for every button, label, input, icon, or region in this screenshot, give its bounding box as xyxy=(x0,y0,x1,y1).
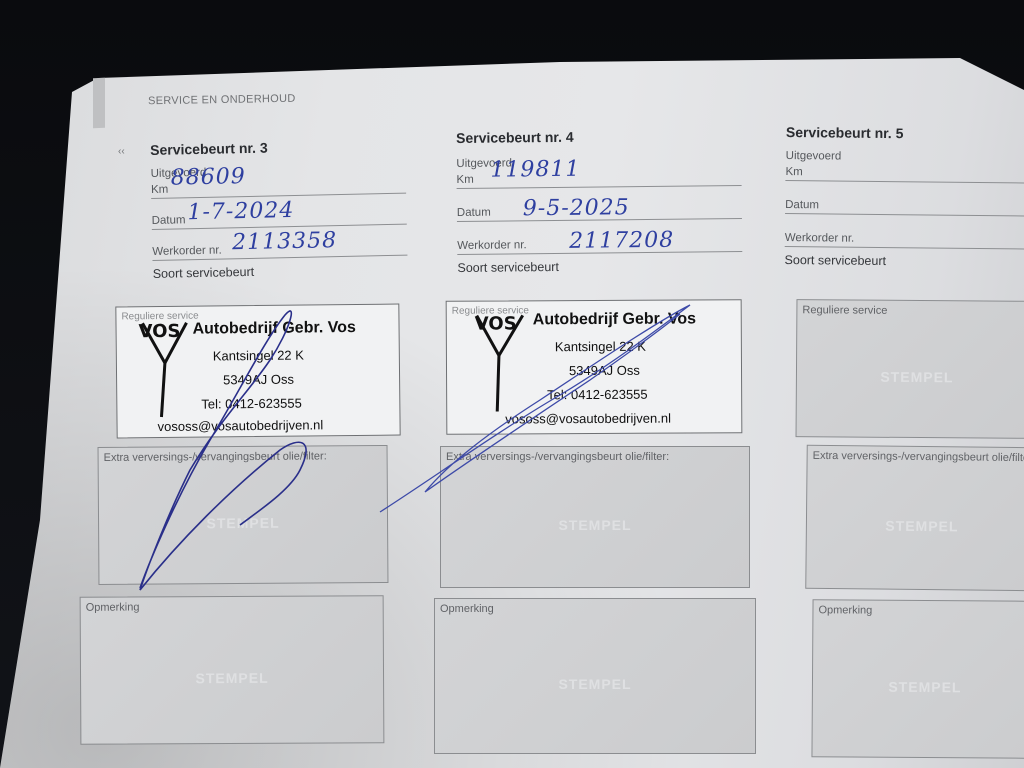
opmerking-label: Opmerking xyxy=(440,603,494,615)
servicebeurt-3: Servicebeurt nr. 3 Uitgevoerd Km 88609 D… xyxy=(150,137,408,281)
dealer-stamp: Reguliere service VOS Autobedrijf Gebr. … xyxy=(446,299,743,435)
datum-value: 9-5-2025 xyxy=(523,195,630,221)
stamp-city: 5349AJ Oss xyxy=(569,363,640,378)
werkorder-label: Werkorder nr. xyxy=(152,245,222,258)
stempel-watermark: STEMPEL xyxy=(441,517,749,533)
stamp-email: vososs@vosautobedrijven.nl xyxy=(505,411,671,427)
page-edge xyxy=(93,78,105,128)
servicebeurt-4: Servicebeurt nr. 4 Uitgevoerd Km 119811 … xyxy=(456,127,743,275)
reguliere-service-box: Reguliere service STEMPEL xyxy=(796,299,1024,439)
stempel-watermark: STEMPEL xyxy=(81,669,383,687)
stamp-company: Autobedrijf Gebr. Vos xyxy=(192,319,355,339)
km-label: Km xyxy=(456,174,473,186)
werkorder-value: 2117208 xyxy=(569,228,674,254)
werkorder-field: Werkorder nr. xyxy=(785,228,1024,250)
datum-field: Datum xyxy=(785,195,1024,217)
dealer-stamp: Reguliere service VOS Autobedrijf Gebr. … xyxy=(115,304,400,439)
extra-verversing-box: Extra verversings-/vervangingsbeurt olie… xyxy=(440,446,750,588)
extra-verversing-label: Extra verversings-/vervangingsbeurt olie… xyxy=(446,451,669,463)
km-field: Km 88609 xyxy=(151,175,406,199)
vos-logo-mark xyxy=(473,311,528,415)
vos-logo-mark xyxy=(138,319,189,420)
km-field: Km xyxy=(785,162,1024,184)
stamp-street: Kantsingel 22 K xyxy=(555,339,646,354)
werkorder-field: Werkorder nr. 2117208 xyxy=(457,233,742,255)
double-left-arrow-icon: ‹‹ xyxy=(118,146,125,157)
werkorder-value: 2113358 xyxy=(232,228,337,255)
werkorder-label: Werkorder nr. xyxy=(785,232,855,245)
stamp-city: 5349AJ Oss xyxy=(223,372,294,388)
km-value: 119811 xyxy=(490,157,580,183)
datum-label: Datum xyxy=(785,199,819,211)
stamp-company: Autobedrijf Gebr. Vos xyxy=(533,310,696,329)
werkorder-field: Werkorder nr. 2113358 xyxy=(152,237,407,261)
datum-field: Datum 9-5-2025 xyxy=(457,200,742,222)
datum-value: 1-7-2024 xyxy=(187,198,294,225)
werkorder-label: Werkorder nr. xyxy=(457,239,527,252)
stempel-watermark: STEMPEL xyxy=(813,678,1024,696)
km-label: Km xyxy=(785,166,802,178)
reguliere-service-label: Reguliere service xyxy=(802,304,887,317)
servicebeurt-title: Servicebeurt nr. 5 xyxy=(786,124,1024,143)
opmerking-box: Opmerking STEMPEL xyxy=(811,599,1024,759)
servicebeurt-title: Servicebeurt nr. 4 xyxy=(456,127,741,146)
servicebeurt-5: Servicebeurt nr. 5 Uitgevoerd Km Datum W… xyxy=(785,124,1024,270)
opmerking-label: Opmerking xyxy=(86,601,140,613)
opmerking-box: Opmerking STEMPEL xyxy=(434,598,756,754)
stempel-watermark: STEMPEL xyxy=(807,517,1024,535)
datum-label: Datum xyxy=(457,207,491,219)
km-label: Km xyxy=(151,184,168,196)
extra-verversing-box: Extra verversings-/vervangingsbeurt olie… xyxy=(98,445,389,585)
stempel-watermark: STEMPEL xyxy=(99,514,387,532)
extra-verversing-label: Extra verversings-/vervangingsbeurt olie… xyxy=(813,450,1024,464)
datum-label: Datum xyxy=(152,214,186,227)
stempel-watermark: STEMPEL xyxy=(435,676,755,692)
stempel-watermark: STEMPEL xyxy=(797,368,1024,386)
datum-field: Datum 1-7-2024 xyxy=(151,206,406,230)
page-header: SERVICE EN ONDERHOUD xyxy=(148,93,296,108)
soort-servicebeurt-label: Soort servicebeurt xyxy=(785,253,1024,270)
stamp-email: vososs@vosautobedrijven.nl xyxy=(157,417,323,434)
stamp-phone: Tel: 0412-623555 xyxy=(547,387,648,403)
extra-verversing-box: Extra verversings-/vervangingsbeurt olie… xyxy=(805,445,1024,591)
extra-verversing-label: Extra verversings-/vervangingsbeurt olie… xyxy=(104,450,327,464)
km-field: Km 119811 xyxy=(456,167,741,189)
soort-servicebeurt-label: Soort servicebeurt xyxy=(457,258,742,275)
km-value: 88609 xyxy=(170,164,246,191)
opmerking-box: Opmerking STEMPEL xyxy=(80,595,385,745)
opmerking-label: Opmerking xyxy=(818,604,872,616)
stamp-phone: Tel: 0412-623555 xyxy=(201,396,302,412)
stamp-street: Kantsingel 22 K xyxy=(213,348,304,364)
